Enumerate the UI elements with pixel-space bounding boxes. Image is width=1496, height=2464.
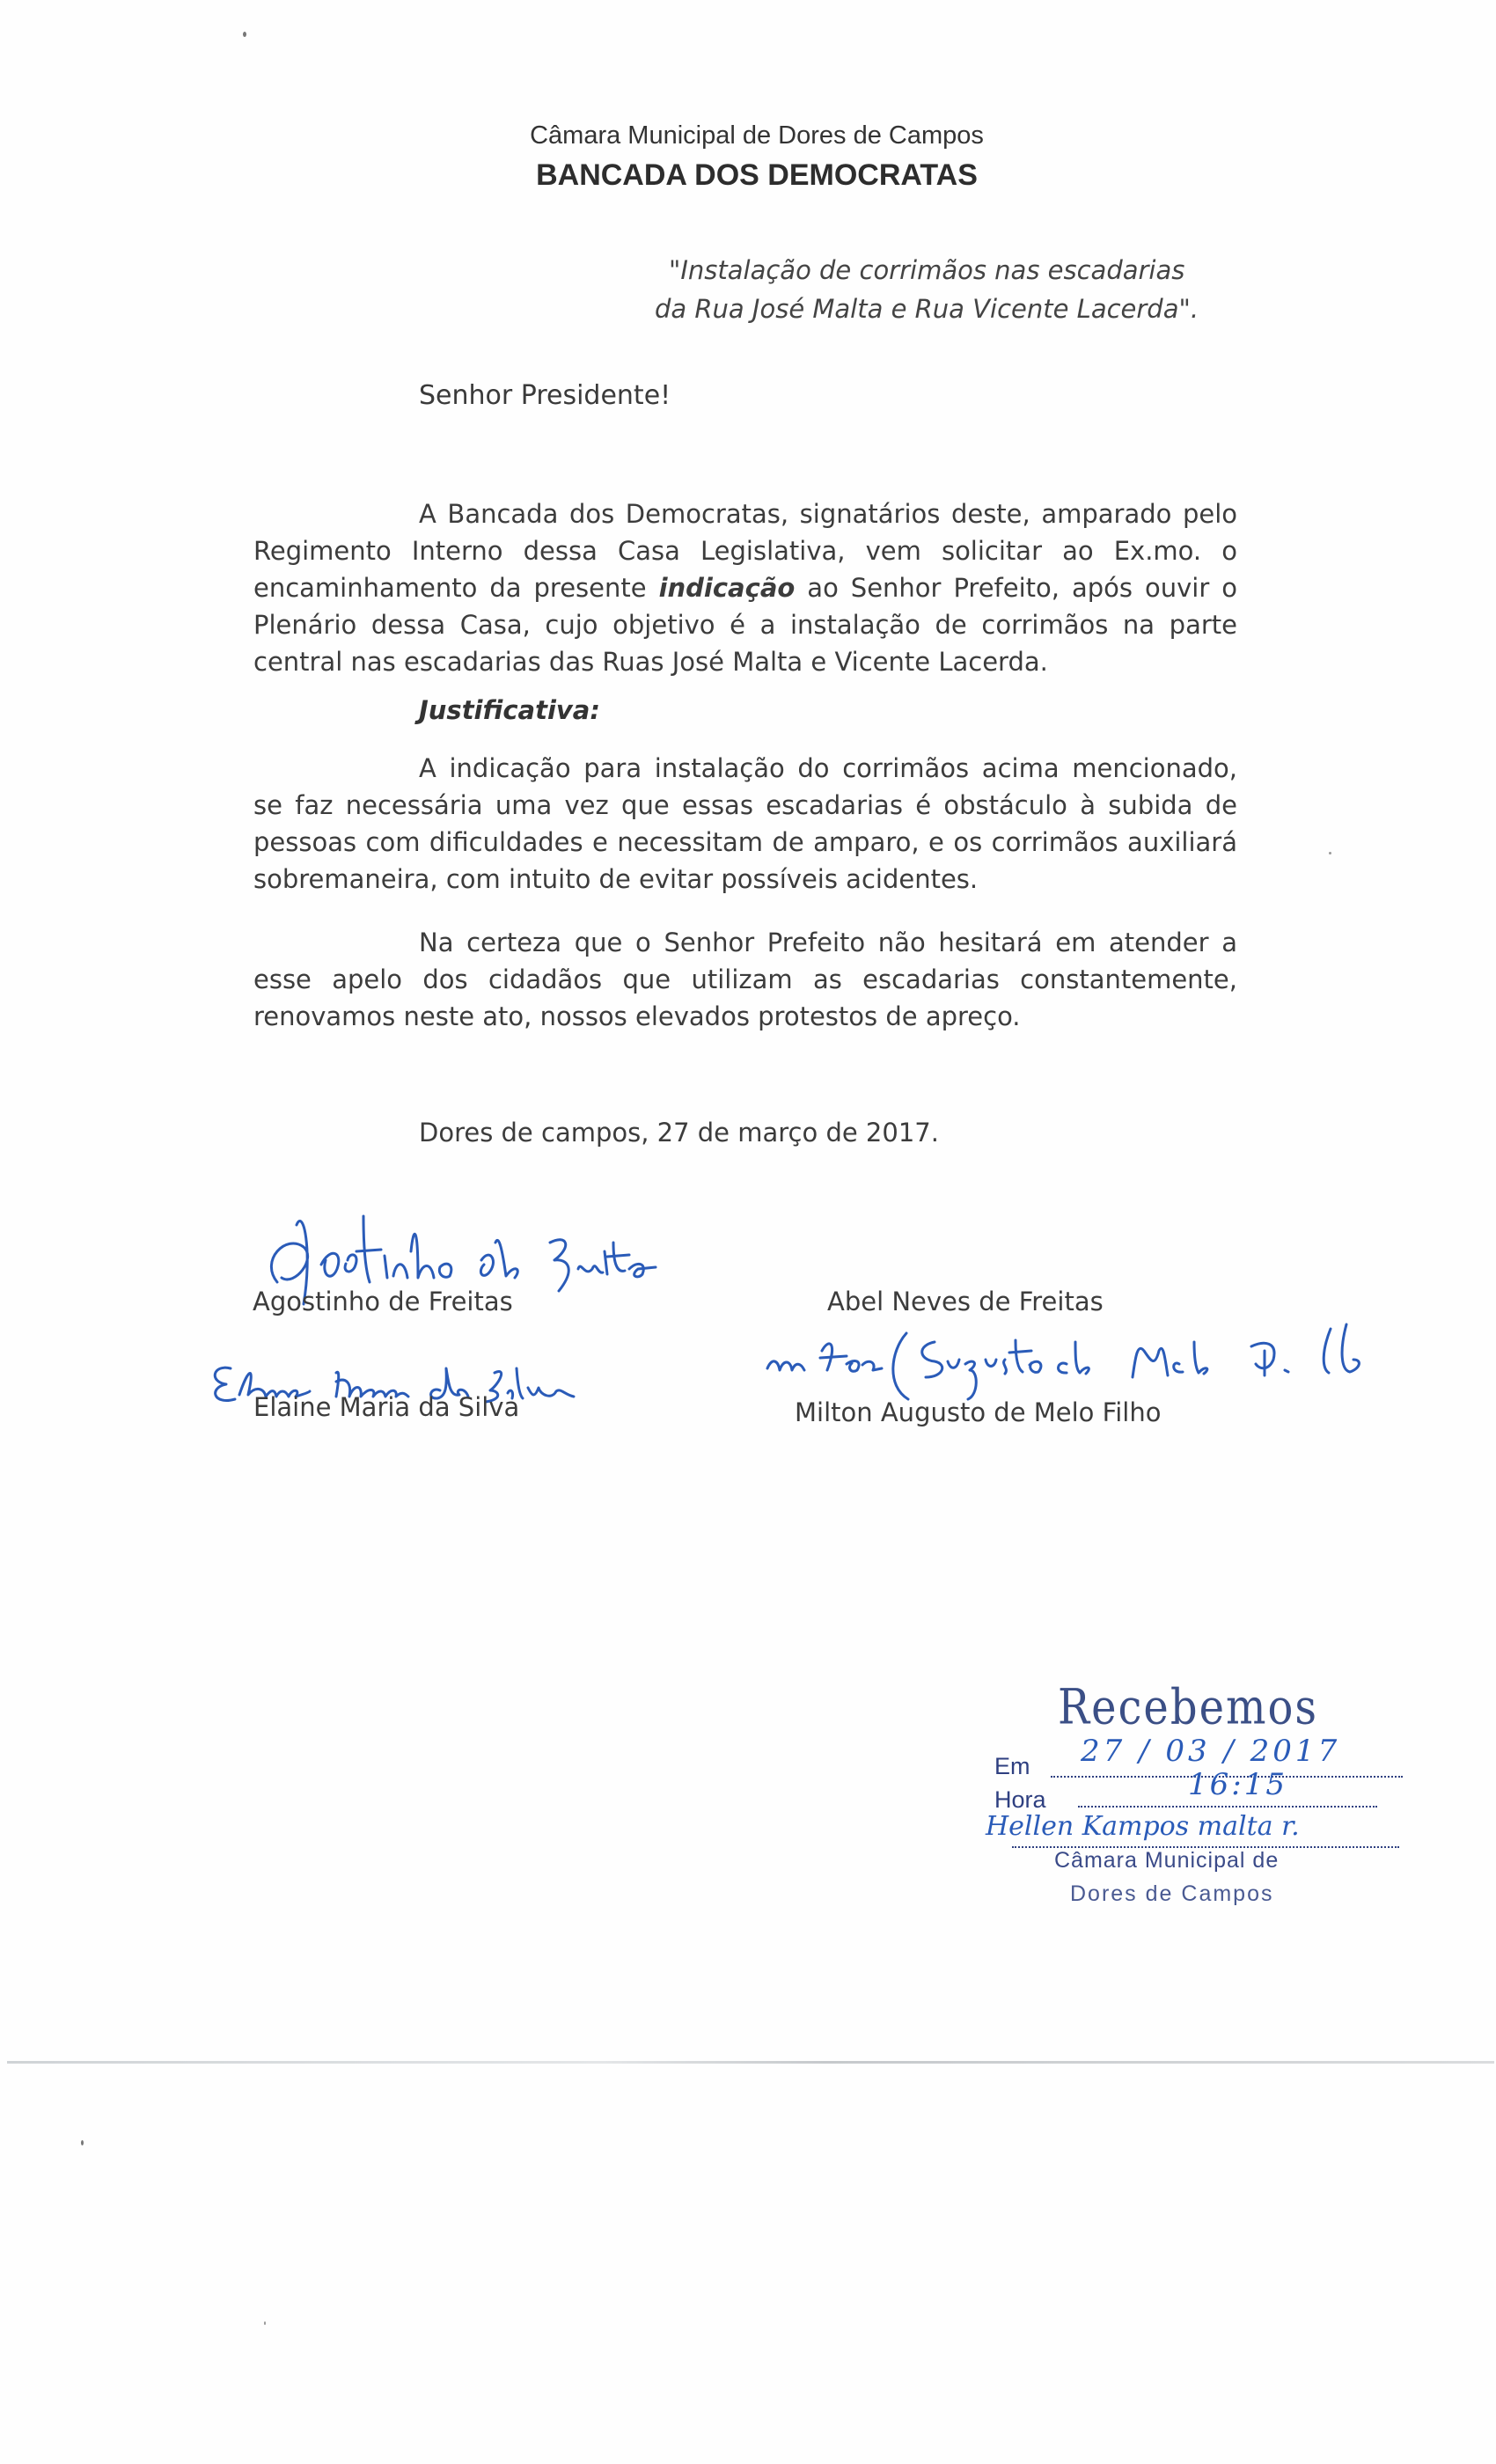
stamp-time-label: Hora bbox=[994, 1786, 1046, 1814]
scan-speck bbox=[1329, 852, 1331, 854]
justification-paragraph: A indicação para instalação do corrimãos… bbox=[253, 750, 1237, 898]
paragraph-text: Na certeza que o Senhor Prefeito não hes… bbox=[253, 924, 1237, 1035]
page-fold-divider bbox=[7, 2061, 1494, 2064]
subject-line-2: da Rua José Malta e Rua Vicente Lacerda"… bbox=[655, 290, 1285, 328]
stamp-date-label: Em bbox=[994, 1753, 1030, 1780]
document-page: Câmara Municipal de Dores de Campos BANC… bbox=[0, 0, 1496, 2464]
closing-paragraph: Na certeza que o Senhor Prefeito não hes… bbox=[253, 924, 1237, 1035]
scan-speck bbox=[81, 2140, 84, 2145]
date-line: Dores de campos, 27 de março de 2017. bbox=[419, 1118, 939, 1148]
paragraph-text: A indicação para instalação do corrimãos… bbox=[253, 750, 1237, 898]
stamp-time-value: 16:15 bbox=[1188, 1767, 1287, 1802]
document-subject: "Instalação de corrimãos nas escadarias … bbox=[669, 251, 1285, 328]
subject-line-1: "Instalação de corrimãos nas escadarias bbox=[669, 255, 1184, 285]
stamp-time-line bbox=[1078, 1806, 1377, 1808]
stamp-organization-line-1: Câmara Municipal de bbox=[1054, 1848, 1279, 1874]
signatory-name-elaine: Elaine Maria da Silva bbox=[253, 1392, 519, 1422]
salutation: Senhor Presidente! bbox=[419, 380, 671, 411]
scan-speck bbox=[243, 32, 246, 37]
signatory-name-milton: Milton Augusto de Melo Filho bbox=[795, 1397, 1161, 1427]
reception-stamp: Recebemos Em 27 / 03 / 2017 Hora 16:15 H… bbox=[986, 1672, 1443, 1936]
request-paragraph: A Bancada dos Democratas, signatários de… bbox=[253, 495, 1237, 680]
stamp-organization-line-2: Dores de Campos bbox=[1070, 1881, 1273, 1907]
scan-speck bbox=[264, 2321, 266, 2325]
signatory-name-abel: Abel Neves de Freitas bbox=[827, 1287, 1104, 1316]
header-bancada-title: BANCADA DOS DEMOCRATAS bbox=[0, 158, 1496, 193]
signatory-name-agostinho: Agostinho de Freitas bbox=[253, 1287, 513, 1316]
stamp-receiver-signature: Hellen Kampos malta r. bbox=[986, 1811, 1300, 1842]
header-organization: Câmara Municipal de Dores de Campos bbox=[0, 121, 1496, 150]
indicacao-emphasis: indicação bbox=[659, 573, 796, 603]
justificativa-heading: Justificativa: bbox=[419, 695, 600, 725]
stamp-date-value: 27 / 03 / 2017 bbox=[1081, 1734, 1340, 1769]
stamp-title: Recebemos bbox=[1058, 1679, 1318, 1735]
